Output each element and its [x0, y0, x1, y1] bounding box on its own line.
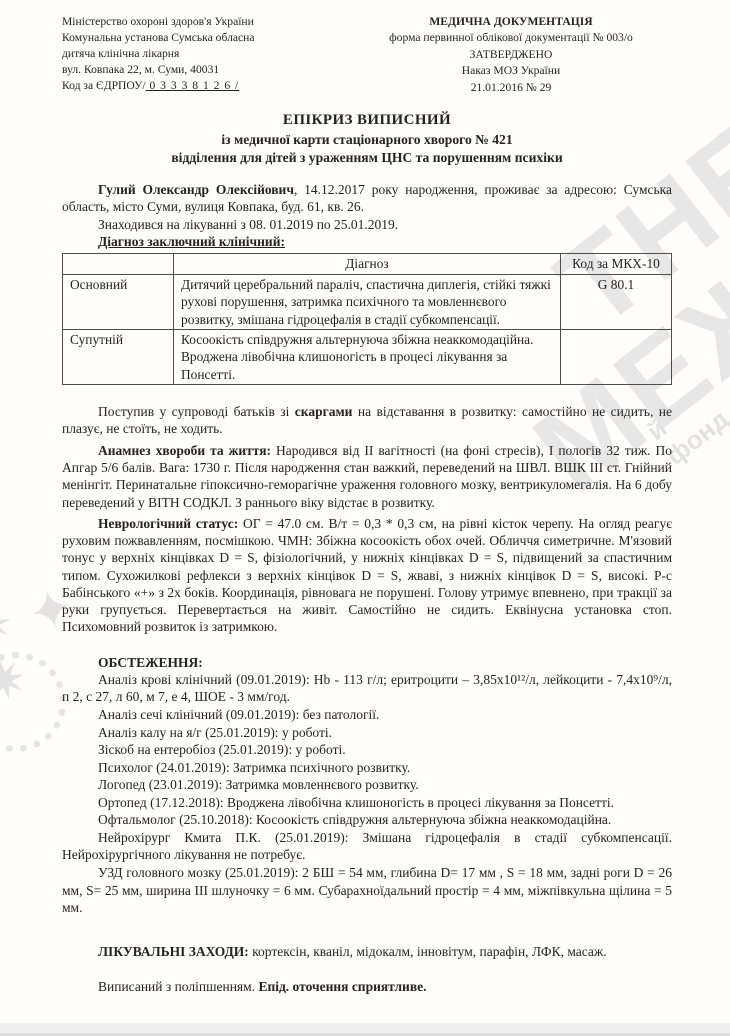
form-line: 21.01.2016 № 29 [350, 80, 672, 96]
discharge-paragraph: Виписаний з поліпшенням. Епід. оточення … [62, 978, 672, 995]
document-title: ЕПІКРИЗ ВИПИСНИЙ із медичної карти стаці… [62, 110, 672, 167]
complaints-paragraph: Поступив у супроводі батьків зі скаргами… [62, 403, 672, 438]
icd-code-cell: G 80.1 [561, 274, 672, 329]
diagnosis-heading: Діагноз заключний клінічний: [62, 233, 672, 250]
issuer-line: Міністерство охороні здоров'я України [62, 14, 330, 30]
treatment-label: ЛІКУВАЛЬНІ ЗАХОДИ: [98, 944, 249, 959]
discharge-lead: Виписаний з поліпшенням. [98, 979, 258, 994]
treatment-text: кортексін, кваніл, мідокалм, інновітум, … [249, 944, 607, 959]
table-header-row: Діагноз Код за МКХ-10 [63, 254, 672, 274]
anamnesis-label: Анамнез хвороби та життя: [98, 443, 271, 458]
scanner-edge-strip [0, 1023, 730, 1036]
exam-item: Аналіз крові клінічний (09.01.2019): Hb … [62, 671, 672, 706]
issuer-line: вул. Ковпака 22, м. Суми, 40031 [62, 62, 330, 78]
diagnosis-table: Діагноз Код за МКХ-10 Основний Дитячий ц… [62, 253, 672, 385]
patient-info: Гулий Олександр Олексійович, 14.12.2017 … [62, 181, 672, 216]
issuer-line: Комунальна установа Сумська обласна [62, 30, 330, 46]
form-approval-block: МЕДИЧНА ДОКУМЕНТАЦІЯ форма первинної обл… [350, 14, 672, 96]
form-line: форма первинної облікової документації №… [350, 30, 672, 46]
complaints-lead: Поступив у супроводі батьків зі [98, 404, 295, 419]
diagnosis-type-header [63, 254, 174, 274]
issuer-line: дитяча клінічна лікарня [62, 46, 330, 62]
patient-name: Гулий Олександр Олексійович [98, 182, 294, 197]
diagnosis-type-cell: Основний [63, 274, 174, 329]
scanned-medical-document: ТНЕ МЕЖ й фонд ✷ ✦ ✷ Міністерство охорон… [0, 0, 730, 1036]
exam-item: Психолог (24.01.2019): Затримка психічно… [62, 759, 672, 777]
document-content: Міністерство охороні здоров'я України Ко… [62, 14, 672, 995]
exam-item: Аналіз сечі клінічний (09.01.2019): без … [62, 706, 672, 724]
stay-period: Знаходився на лікуванні з 08. 01.2019 по… [62, 216, 672, 233]
form-line: Наказ МОЗ України [350, 63, 672, 79]
title-line-1: ЕПІКРИЗ ВИПИСНИЙ [62, 110, 672, 130]
exam-item: Зіскоб на ентеробіоз (25.01.2019): у роб… [62, 741, 672, 759]
title-line-2: із медичної карти стаціонарного хворого … [62, 131, 672, 149]
table-row: Супутній Косоокість співдружня альтерную… [63, 329, 672, 384]
diagnosis-type-cell: Супутній [63, 329, 174, 384]
edrpou-label: Код за ЄДРПОУ/ [62, 79, 146, 92]
form-title: МЕДИЧНА ДОКУМЕНТАЦІЯ [350, 14, 672, 30]
neuro-status-label: Неврологічний статус: [98, 516, 238, 531]
complaints-keyword: скаргами [295, 404, 353, 419]
diagnosis-column-header: Діагноз [174, 254, 561, 274]
diagnosis-text-cell: Косоокість співдружня альтернуюча збіжна… [174, 329, 561, 384]
exam-item: Офтальмолог (25.10.2018): Косоокість спі… [62, 811, 672, 829]
title-line-3: відділення для дітей з ураженням ЦНС та … [62, 149, 672, 167]
treatment-paragraph: ЛІКУВАЛЬНІ ЗАХОДИ: кортексін, кваніл, мі… [62, 943, 672, 960]
edrpou-value: 0 3 3 3 8 1 2 6 / [146, 79, 240, 92]
exam-item: Логопед (23.01.2019): Затримка мовленнєв… [62, 776, 672, 794]
neuro-status-text: ОГ = 47.0 см. В/т = 0,3 * 0,3 см, на рів… [62, 516, 672, 635]
exam-item: Аналіз калу на я/г (25.01.2019): у робот… [62, 724, 672, 742]
icd-code-cell [561, 329, 672, 384]
examinations-heading: ОБСТЕЖЕННЯ: [62, 654, 672, 671]
exam-item: Ортопед (17.12.2018): Вроджена лівобічна… [62, 794, 672, 812]
form-line: ЗАТВЕРДЖЕНО [350, 47, 672, 63]
icd-code-header: Код за МКХ-10 [561, 254, 672, 274]
discharge-epid-note: Епід. оточення сприятливе. [258, 979, 426, 994]
watermark-ring-icon [0, 652, 66, 752]
document-header: Міністерство охороні здоров'я України Ко… [62, 14, 672, 96]
exam-item: УЗД головного мозку (25.01.2019): 2 БШ =… [62, 864, 672, 917]
exam-item: Нейрохірург Кмита П.К. (25.01.2019): Змі… [62, 829, 672, 864]
edrpou-line: Код за ЄДРПОУ/ 0 3 3 3 8 1 2 6 / [62, 78, 330, 94]
anamnesis-paragraph: Анамнез хвороби та життя: Народився від … [62, 442, 672, 511]
table-row: Основний Дитячий церебральний параліч, с… [63, 274, 672, 329]
issuer-block: Міністерство охороні здоров'я України Ко… [62, 14, 330, 94]
diagnosis-text-cell: Дитячий церебральний параліч, спастична … [174, 274, 561, 329]
neuro-status-paragraph: Неврологічний статус: ОГ = 47.0 см. В/т … [62, 515, 672, 636]
